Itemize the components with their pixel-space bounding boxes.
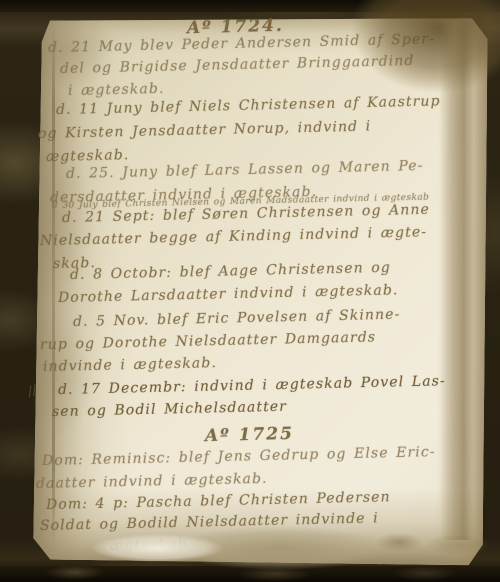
manuscript-line: daatter indvind i ægteskab. [36,471,268,492]
manuscript-line: ægteskab. [46,147,130,165]
manuscript-line: d. 8 Octobr: blef Aage Christensen og [70,260,391,283]
manuscript-line: Soldat og Bodild Nielsdaatter indvinde i [40,510,379,534]
manuscript-line: indvinde i ægteskab. [43,355,217,375]
manuscript-line: ægteskab [110,536,188,554]
manuscript-line: i ægteskab. [68,81,165,99]
manuscript-line: rup og Dorothe Nielsdaatter Damgaards [40,329,376,353]
manuscript-photo: Aº 1724. d. 21 May blev Peder Andersen S… [0,0,500,582]
manuscript-line: Dom: Reminisc: blef Jens Gedrup og Else … [42,444,436,469]
manuscript-line: d. 5 Nov. blef Eric Povelsen af Skinne- [73,307,401,330]
manuscript-line: og Kirsten Jensdaatter Norup, indvind i [38,118,372,142]
margin-mark: // [26,383,39,400]
manuscript-line: d. 17 Decembr: indvind i ægteskab Povel … [58,373,446,398]
manuscript-line: sen og Bodil Michelsdaatter [52,399,287,420]
handwriting-layer: Aº 1724. d. 21 May blev Peder Andersen S… [0,0,500,582]
manuscript-line: d. 21 May blev Peder Andersen Smid af Sp… [48,31,435,56]
manuscript-line: Dorothe Larsdaatter indvind i ægteskab. [58,282,399,306]
manuscript-line: Nielsdaatter begge af Kinding indvind i … [40,224,427,249]
year-heading-1725: Aº 1725 [205,424,294,446]
manuscript-line: Dom: 4 p: Pascha blef Christen Pedersen [46,489,391,513]
manuscript-line: del og Brigidse Jensdaatter Bringgaardin… [60,53,415,77]
